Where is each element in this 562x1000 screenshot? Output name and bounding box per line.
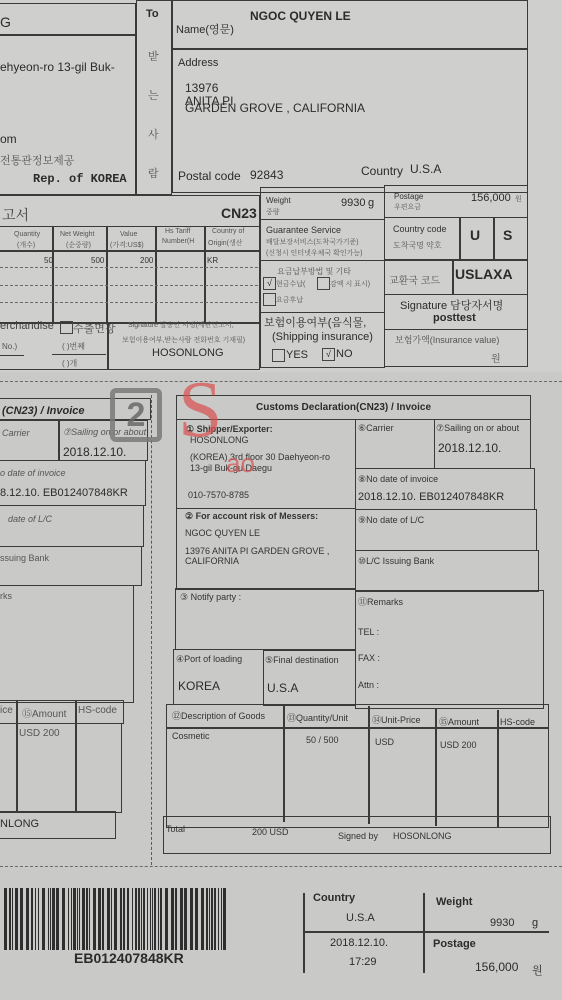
barcode-bar — [180, 888, 183, 950]
barcode-bar — [71, 888, 72, 950]
left-bank-box — [0, 546, 142, 586]
insurance-yes-checkbox[interactable] — [272, 349, 285, 362]
barcode-bar — [211, 888, 213, 950]
signed-value: HOSONLONG — [393, 831, 452, 841]
barcode-bar — [56, 888, 59, 950]
country-code-label: Country code — [393, 224, 447, 234]
payment-reduced-label: 감액 시 표시) — [330, 279, 370, 289]
barcode-bar — [35, 888, 36, 950]
col-divider — [435, 708, 437, 826]
barcode-bar — [4, 888, 7, 950]
left-remarks-label: rks — [0, 591, 12, 601]
barcode-bar — [201, 888, 204, 950]
col-divider — [493, 217, 495, 261]
port-value: KOREA — [178, 679, 220, 693]
goods-header-quantity: ⑬Quantity/Unit — [287, 711, 348, 724]
signed-label: Signed by — [338, 831, 378, 841]
goods-header-amount: ⑮Amount — [439, 715, 479, 728]
receipt-divider-h — [303, 931, 549, 933]
watermark-logo-ao: ao — [226, 448, 255, 479]
col-divider — [52, 226, 54, 324]
signature-note-2: 보험이용여부,받는사람 전화번호 기재필) — [122, 335, 245, 345]
to-char-4: 람 — [148, 165, 159, 181]
tel-label: TEL : — [358, 627, 379, 637]
to-char-3: 사 — [148, 126, 159, 142]
bank-label: ⑩L/C Issuing Bank — [358, 556, 434, 567]
country-code-ko: 도착국명 약호 — [393, 240, 442, 251]
left-invoice-box — [0, 460, 146, 506]
col-origin: Country of — [212, 228, 244, 235]
receipt-weight-label: Weight — [436, 896, 472, 908]
barcode-bar — [107, 888, 110, 950]
exchange-code: USLAXA — [455, 266, 513, 282]
col-divider — [155, 226, 157, 324]
goods-header-hs: HS-code — [500, 717, 535, 727]
barcode-bar — [120, 888, 122, 950]
left-goods-body — [0, 723, 122, 813]
barcode-bar — [93, 888, 96, 950]
payment-label: 요금납부방법 및 기타 — [277, 266, 351, 277]
barcode-bar — [12, 888, 13, 950]
row-divider — [0, 285, 258, 286]
sender-name-fragment: G — [0, 14, 11, 30]
barcode-bar — [38, 888, 39, 950]
barcode-bar — [48, 888, 49, 950]
recipient-address-line-1: 13976 — [185, 81, 218, 95]
carrier-label: ⑥Carrier — [358, 423, 394, 434]
weight-label-ko: 중량 — [266, 207, 280, 217]
goods-header-unit-price: ⑭Unit-Price — [372, 713, 421, 726]
left-bank-label: ssuing Bank — [0, 553, 49, 563]
left-lc-box — [0, 505, 144, 547]
payment-cash-checkbox[interactable]: √ — [263, 277, 276, 290]
to-char-2: 는 — [148, 87, 159, 103]
col-value: Value — [120, 231, 137, 238]
barcode-bar — [184, 888, 187, 950]
row-divider — [0, 302, 258, 303]
account-address-2: CALIFORNIA — [185, 556, 239, 566]
barcode-bar — [147, 888, 148, 950]
cell-quantity: 50 — [44, 256, 53, 265]
barcode-bar — [123, 888, 125, 950]
weight-label: Weight — [266, 196, 291, 205]
barcode-bar — [89, 888, 90, 950]
receipt-postage-currency: 원 — [532, 962, 543, 978]
barcode-bar — [138, 888, 140, 950]
barcode-bar — [209, 888, 210, 950]
invoice-title: Customs Declaration(CN23) / Invoice — [256, 402, 431, 413]
staff-signature: posttest — [433, 312, 476, 324]
recipient-name-label: Name(영문) — [176, 21, 234, 37]
receipt-time: 17:29 — [349, 956, 377, 968]
col-divider — [452, 259, 454, 295]
receipt-postage-label: Postage — [433, 938, 476, 950]
insurance-yes-label: YES — [286, 349, 308, 361]
barcode-bar — [20, 888, 23, 950]
left-lc-label: date of L/C — [8, 514, 52, 524]
barcode-bar — [77, 888, 78, 950]
recipient-address-line-3: GARDEN GROVE , CALIFORNIA — [185, 101, 365, 115]
barcode-bar — [52, 888, 55, 950]
cell-value: 200 — [140, 256, 153, 265]
guarantee-label: Guarantee Service — [266, 225, 341, 235]
barcode-bar — [190, 888, 193, 950]
col-divider — [283, 704, 285, 822]
account-name: NGOC QUYEN LE — [185, 528, 260, 538]
barcode-bar — [114, 888, 117, 950]
col-origin-sub: Origin(생산 — [208, 238, 243, 248]
receipt-weight-unit: g — [532, 917, 538, 929]
receipt-weight-value: 9930 — [490, 917, 514, 929]
insurance-value-unit: 원 — [491, 350, 501, 365]
barcode-bar — [152, 888, 153, 950]
left-amount-label: ⑮Amount — [22, 705, 66, 720]
exchange-label: 교환국 코드 — [389, 272, 440, 287]
barcode-bar — [31, 888, 33, 950]
sender-address: ehyeon-ro 13-gil Buk- — [0, 60, 115, 74]
barcode-bar — [26, 888, 29, 950]
sender-address-box — [0, 35, 136, 195]
col-divider — [368, 706, 370, 824]
goods-description: Cosmetic — [172, 731, 210, 741]
country-code-char-2: S — [503, 227, 512, 243]
goods-table — [166, 704, 549, 828]
left-signed-fragment: NLONG — [0, 818, 39, 830]
barcode-bar — [73, 888, 76, 950]
notify-label: ③ Notify party : — [180, 592, 241, 603]
receipt-divider-left — [303, 893, 305, 973]
payment-later-checkbox[interactable] — [263, 293, 276, 306]
recipient-country-label: Country — [361, 164, 403, 178]
col-hs: Hs Tariff — [165, 228, 190, 235]
recipient-address-label: Address — [178, 57, 218, 69]
receipt-perforation — [0, 866, 562, 867]
header-divider — [0, 250, 260, 252]
barcode-bar — [102, 888, 104, 950]
col-divider — [106, 226, 108, 324]
col-value-ko: (가격:US$) — [110, 240, 144, 250]
col-net-weight: Net Weight — [60, 231, 95, 238]
left-invoice-label: o date of invoice — [0, 468, 66, 478]
insurance-label-ko: 보험이용여부(음식물, — [264, 314, 366, 330]
barcode-bar — [150, 888, 151, 950]
total-label: Total — [166, 824, 185, 834]
underline — [52, 354, 106, 355]
goods-unit-price: USD — [375, 737, 394, 747]
barcode-bar — [15, 888, 18, 950]
destination-label: ⑤Final destination — [265, 655, 339, 666]
perforation-vertical — [151, 395, 152, 865]
barcode-bar — [9, 888, 11, 950]
barcode-bar — [218, 888, 219, 950]
account-label: ② For account risk of Messers: — [185, 511, 318, 522]
tracking-number: EB012407848KR — [74, 950, 184, 966]
guarantee-ko-2: (신청시 인터넷우체국 확인가능) — [266, 248, 362, 258]
to-char-1: 받 — [148, 48, 159, 64]
sender-consent: 전통관정보제공 — [0, 152, 74, 168]
left-invoice-title: (CN23) / Invoice — [2, 405, 85, 417]
row-divider — [0, 267, 258, 268]
count-label-2: ( )개 — [62, 358, 77, 369]
barcode-bar — [206, 888, 208, 950]
lc-label: ⑨No date of L/C — [358, 515, 424, 526]
count-label-1: ( )번째 — [62, 341, 85, 352]
export-license-checkbox[interactable] — [60, 321, 73, 334]
insurance-no-label: NO — [336, 348, 353, 360]
barcode-bar — [195, 888, 198, 950]
col-hs-sub: Number(H — [162, 238, 194, 245]
col-net-weight-ko: (순중량) — [66, 240, 91, 250]
payment-cash-label: 현금수납( — [276, 279, 305, 289]
insurance-label-en: (Shipping insurance) — [272, 331, 373, 343]
left-remarks-box — [0, 585, 134, 703]
left-carrier-box — [0, 420, 60, 461]
payment-reduced-checkbox[interactable] — [317, 277, 330, 290]
barcode-bar — [42, 888, 45, 950]
barcode-bar — [165, 888, 168, 950]
no-label: No.) — [2, 342, 17, 351]
barcode-bar — [221, 888, 222, 950]
col-divider — [497, 710, 499, 828]
goods-header-description: ⑫Description of Goods — [172, 709, 265, 722]
guarantee-ko-1: 배달보장서비스(도착국가기준) — [266, 237, 359, 247]
barcode-bar — [62, 888, 65, 950]
left-price-fragment: ice — [0, 705, 13, 716]
watermark-logo-2: 2 — [110, 388, 162, 442]
barcode-bar — [127, 888, 129, 950]
barcode-bar — [79, 888, 80, 950]
recipient-postal-code: 92843 — [250, 168, 283, 182]
port-label: ④Port of loading — [176, 654, 242, 665]
receipt-country-value: U.S.A — [346, 912, 375, 924]
cell-net-weight: 500 — [91, 256, 104, 265]
signature-note-1: Signature 발송인 서명(세관신고서, — [128, 320, 234, 330]
postage-label: Postage — [394, 192, 423, 201]
barcode-bar — [98, 888, 101, 950]
receipt-date: 2018.12.10. — [330, 937, 388, 949]
barcode-bar — [50, 888, 51, 950]
col-quantity-ko: (개수) — [17, 240, 35, 250]
postage-label-ko: 우편요금 — [394, 202, 421, 212]
insurance-value-label: 보험가액(Insurance value) — [395, 333, 499, 346]
weight-unit: g — [368, 197, 374, 209]
insurance-no-checkbox[interactable]: √ — [322, 348, 335, 361]
barcode-bar — [141, 888, 142, 950]
invoice-no-value: 2018.12.10. EB012407848KR — [358, 491, 504, 503]
barcode-bar — [154, 888, 156, 950]
col-divider — [459, 217, 461, 261]
to-label: To — [146, 8, 159, 20]
sailing-date: 2018.12.10. — [438, 441, 501, 455]
left-sailing-date: 2018.12.10. — [63, 445, 126, 459]
attn-label: Attn : — [358, 680, 379, 690]
barcode-bar — [171, 888, 174, 950]
fax-label: FAX : — [358, 653, 380, 663]
underline — [0, 355, 24, 356]
payment-later-label: 요금후납 — [276, 295, 303, 305]
barcode-bar — [158, 888, 159, 950]
postage-value: 156,000 — [471, 192, 511, 204]
remarks-label: ⑪Remarks — [358, 595, 403, 608]
barcode-bar — [135, 888, 137, 950]
barcode-bar — [223, 888, 226, 950]
goods-amount: USD 200 — [440, 740, 477, 750]
receipt-divider-mid — [423, 893, 425, 973]
recipient-postal-label: Postal code — [178, 169, 241, 183]
invoice-no-label: ⑧No date of invoice — [358, 474, 438, 485]
sailing-label: ⑦Sailing on or about — [436, 423, 519, 434]
shipper-phone: 010-7570-8785 — [188, 490, 249, 500]
account-address-1: 13976 ANITA PI GARDEN GROVE , — [185, 546, 329, 556]
merchandise-label: erchandise — [0, 320, 54, 332]
barcode-bar — [68, 888, 69, 950]
barcode-bar — [143, 888, 145, 950]
col-quantity: Quantity — [14, 231, 40, 238]
watermark-logo-s: S — [178, 370, 223, 450]
destination-value: U.S.A — [267, 681, 298, 695]
perforation-line — [0, 381, 562, 382]
left-hs-label: HS-code — [78, 705, 117, 716]
sender-country: Rep. of KOREA — [33, 172, 127, 186]
sender-email: om — [0, 132, 17, 146]
barcode-bar — [82, 888, 85, 950]
receipt-postage-value: 156,000 — [475, 960, 518, 974]
postage-currency: 원 — [515, 194, 522, 204]
barcode-bar — [111, 888, 112, 950]
cell-origin: KR — [207, 256, 218, 265]
left-carrier-label: Carrier — [2, 428, 30, 438]
barcode-bar — [175, 888, 177, 950]
barcode-bar — [132, 888, 133, 950]
goods-header-divider — [166, 727, 549, 729]
sender-name-box — [0, 3, 136, 35]
goods-quantity: 50 / 500 — [306, 735, 339, 745]
tracking-barcode — [4, 888, 284, 950]
col-divider — [204, 226, 206, 324]
weight-value: 9930 — [341, 197, 365, 209]
cn23-code: CN23 — [221, 205, 257, 221]
sender-signature: HOSONLONG — [152, 347, 224, 359]
receipt-country-label: Country — [313, 892, 355, 904]
cn23-title: 고서 — [2, 205, 29, 225]
recipient-country: U.S.A — [410, 162, 441, 176]
country-code-char-1: U — [470, 227, 480, 243]
barcode-bar — [160, 888, 162, 950]
total-value: 200 USD — [252, 827, 289, 837]
staff-signature-label: Signature 담당자서명 — [400, 297, 503, 313]
barcode-bar — [214, 888, 216, 950]
barcode-bar — [86, 888, 88, 950]
recipient-name: NGOC QUYEN LE — [250, 9, 351, 23]
left-invoice-value: 8.12.10. EB012407848KR — [0, 487, 128, 499]
